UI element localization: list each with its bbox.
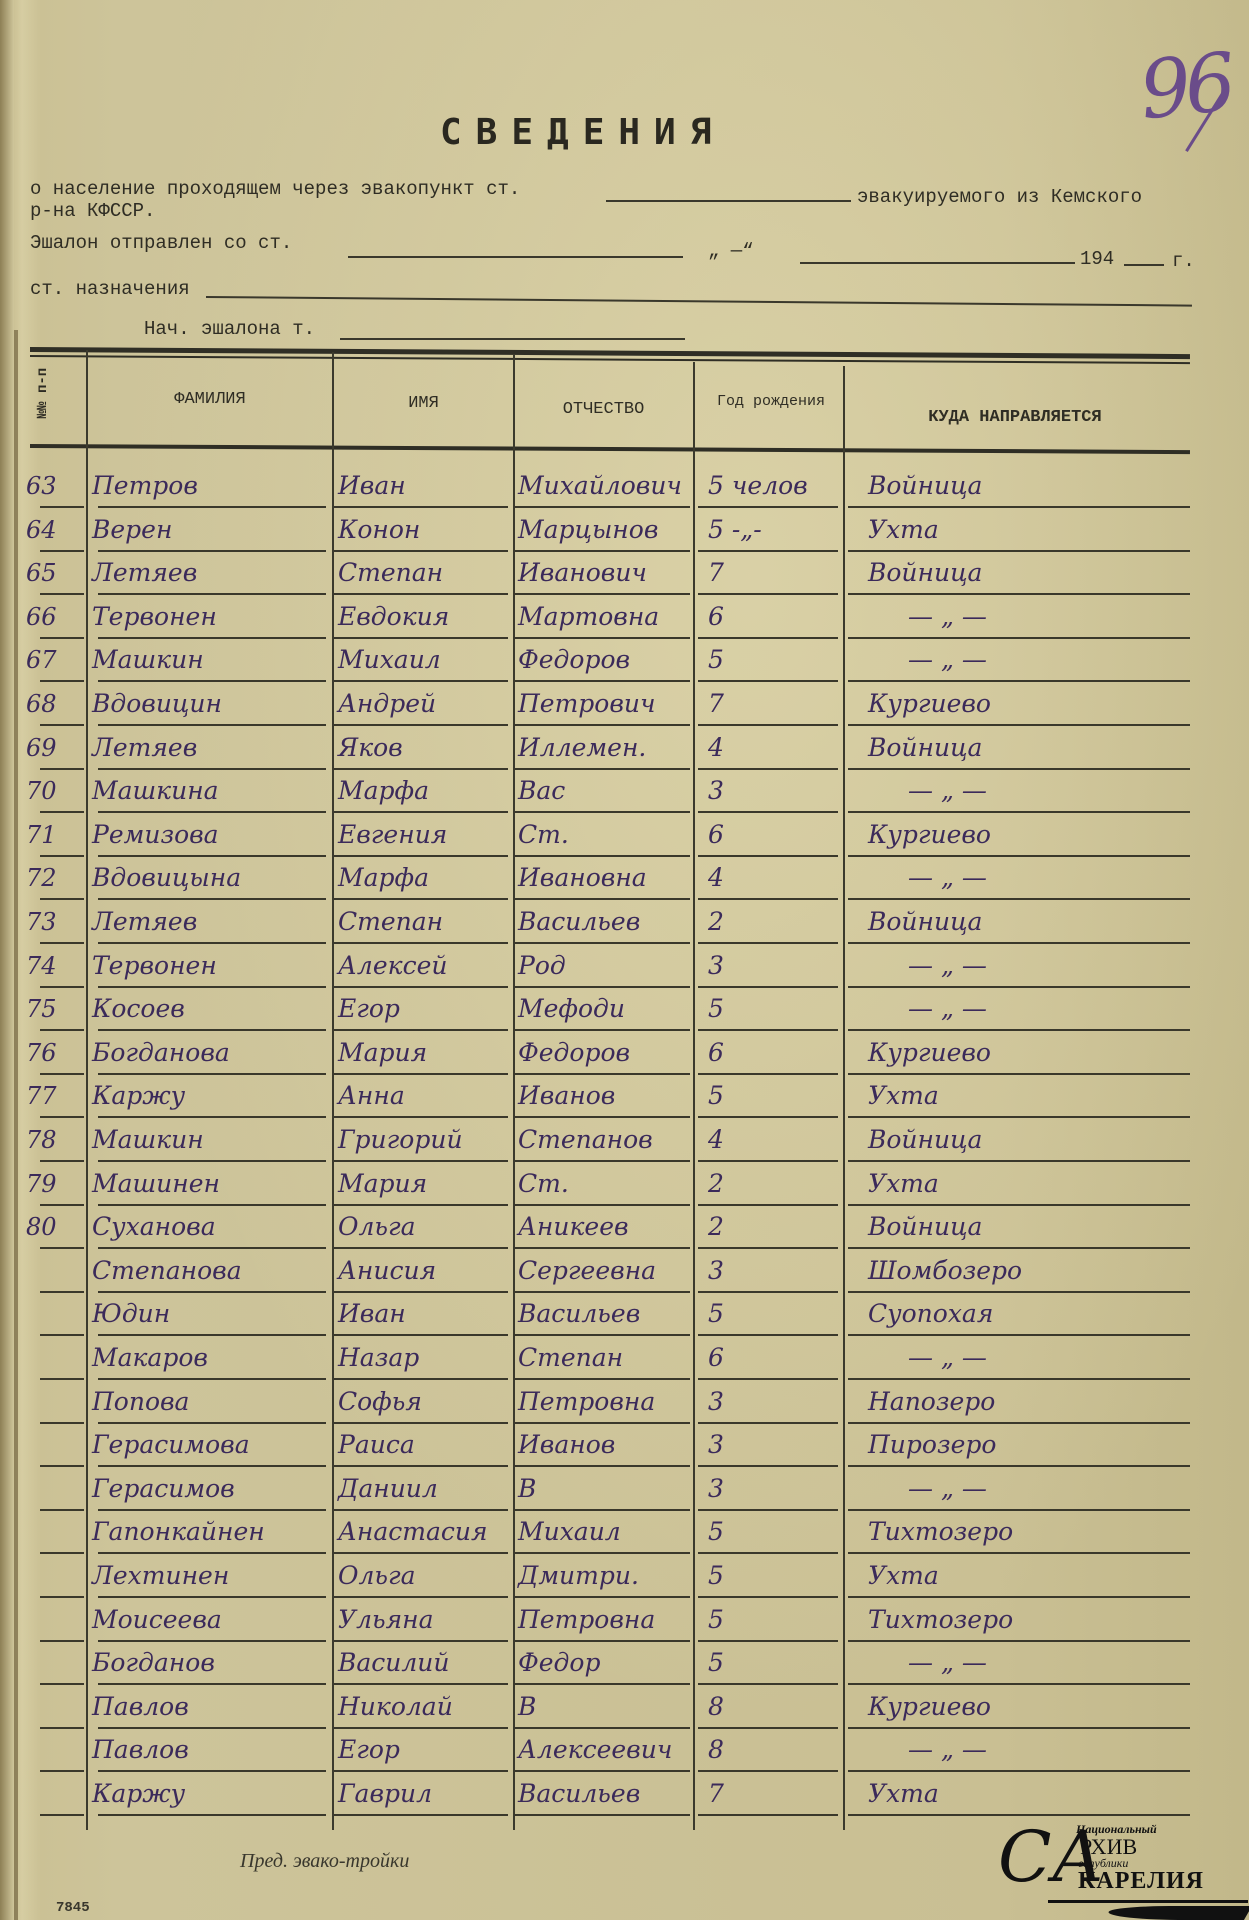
sent-from-blank — [348, 256, 683, 258]
row-number — [26, 1294, 84, 1338]
destination-cell: — „ — — [868, 640, 1228, 684]
row-number — [26, 1512, 84, 1556]
station-blank — [606, 200, 851, 202]
birth-year-cell: 3 — [700, 1251, 848, 1295]
patronymic-cell: Мефоди — [518, 989, 690, 1033]
feather-quill-icon — [1104, 1906, 1249, 1920]
surname-cell: Попова — [92, 1382, 328, 1426]
name-cell: Конон — [338, 510, 510, 554]
surname-cell: Косоев — [92, 989, 328, 1033]
table-row: ЛехтиненОльгаДмитри.5Ухта — [0, 1556, 1249, 1600]
signature-label: Пред. эвако-тройки — [240, 1850, 409, 1873]
destination-cell: Тихтозеро — [868, 1512, 1188, 1556]
patronymic-cell: Михаил — [518, 1512, 690, 1556]
destination-cell: Войница — [868, 553, 1188, 597]
birth-year-cell: 5 -„- — [700, 510, 848, 554]
patronymic-cell: В — [518, 1687, 690, 1731]
row-number — [26, 1730, 84, 1774]
table-row: 63ПетровИванМихайлович5 человВойница — [0, 466, 1249, 510]
destination-cell: — „ — — [868, 946, 1228, 990]
surname-cell: Машинен — [92, 1164, 328, 1208]
birth-year-cell: 4 — [700, 1120, 848, 1164]
name-cell: Ольга — [338, 1207, 510, 1251]
table-row: КаржуГаврилВасильев7Ухта — [0, 1774, 1249, 1818]
row-number: 73 — [26, 902, 84, 946]
birth-year-cell: 3 — [700, 1425, 848, 1469]
patronymic-cell: Петровна — [518, 1382, 690, 1426]
row-number: 76 — [26, 1033, 84, 1077]
patronymic-cell: Алексеевич — [518, 1730, 690, 1774]
patronymic-cell: Иванович — [518, 553, 690, 597]
row-number: 67 — [26, 640, 84, 684]
patronymic-cell: Иванов — [518, 1076, 690, 1120]
name-cell: Егор — [338, 1730, 510, 1774]
row-number — [26, 1687, 84, 1731]
table-row: 72ВдовицынаМарфаИвановна4— „ — — [0, 858, 1249, 902]
row-number: 63 — [26, 466, 84, 510]
destination-cell: Ухта — [868, 510, 1188, 554]
row-number — [26, 1600, 84, 1644]
patronymic-cell: Иванов — [518, 1425, 690, 1469]
table-row: ГапонкайненАнастасияМихаил5Тихтозеро — [0, 1512, 1249, 1556]
name-cell: Егор — [338, 989, 510, 1033]
row-number: 74 — [26, 946, 84, 990]
table-row: МоисееваУльянаПетровна5Тихтозеро — [0, 1600, 1249, 1644]
patronymic-cell: Федоров — [518, 1033, 690, 1077]
chief-blank — [340, 338, 685, 340]
birth-year-cell: 6 — [700, 597, 848, 641]
row-number — [26, 1556, 84, 1600]
destination-cell: Кургиево — [868, 1687, 1188, 1731]
patronymic-cell: Петрович — [518, 684, 690, 728]
folio-number: 96 — [1135, 36, 1234, 138]
feather-icon — [1048, 1900, 1248, 1903]
name-cell: Степан — [338, 902, 510, 946]
patronymic-cell: Степанов — [518, 1120, 690, 1164]
name-cell: Марфа — [338, 771, 510, 815]
header-destination: КУДА НАПРАВЛЯЕТСЯ — [850, 408, 1180, 427]
name-cell: Евдокия — [338, 597, 510, 641]
name-cell: Ульяна — [338, 1600, 510, 1644]
table-row: 71РемизоваЕвгенияСт.6Кургиево — [0, 815, 1249, 859]
birth-year-cell: 2 — [700, 902, 848, 946]
table-row: МакаровНазарСтепан6— „ — — [0, 1338, 1249, 1382]
surname-cell: Лехтинен — [92, 1556, 328, 1600]
birth-year-cell: 7 — [700, 553, 848, 597]
patronymic-cell: Степан — [518, 1338, 690, 1382]
table-row: ЮдинИванВасильев5Суопохая — [0, 1294, 1249, 1338]
document-page: 96 СВЕДЕНИЯ о население проходящем через… — [0, 0, 1249, 1920]
name-cell: Гаврил — [338, 1774, 510, 1818]
table-row: 77КаржуАннаИванов5Ухта — [0, 1076, 1249, 1120]
name-cell: Андрей — [338, 684, 510, 728]
surname-cell: Каржу — [92, 1774, 328, 1818]
subtitle-line2: р-на КФССР. — [30, 200, 155, 222]
header-num: №№ п-п — [30, 350, 90, 440]
patronymic-cell: Иллемен. — [518, 728, 690, 772]
destination-label: ст. назначения — [30, 278, 190, 300]
table-row: 65ЛетяевСтепанИванович7Войница — [0, 553, 1249, 597]
surname-cell: Богданова — [92, 1033, 328, 1077]
table-row: 64ВеренКононМарцынов5 -„-Ухта — [0, 510, 1249, 554]
name-cell: Анисия — [338, 1251, 510, 1295]
destination-cell: Кургиево — [868, 815, 1188, 859]
row-number: 78 — [26, 1120, 84, 1164]
birth-year-cell: 5 челов — [700, 466, 848, 510]
name-cell: Иван — [338, 466, 510, 510]
birth-year-cell: 2 — [700, 1207, 848, 1251]
table-row: 70МашкинаМарфаВас3— „ — — [0, 771, 1249, 815]
date-quote: „ —“ — [708, 240, 754, 262]
patronymic-cell: Петровна — [518, 1600, 690, 1644]
row-number — [26, 1382, 84, 1426]
name-cell: Софья — [338, 1382, 510, 1426]
header-patronymic: ОТЧЕСТВО — [516, 400, 691, 419]
surname-cell: Герасимова — [92, 1425, 328, 1469]
destination-cell: Войница — [868, 1120, 1188, 1164]
surname-cell: Герасимов — [92, 1469, 328, 1513]
surname-cell: Тервонен — [92, 946, 328, 990]
table-row: 69ЛетяевЯковИллемен.4Войница — [0, 728, 1249, 772]
row-number: 64 — [26, 510, 84, 554]
chief-label: Нач. эшалона т. — [144, 318, 315, 340]
table-row: 73ЛетяевСтепанВасильев2Войница — [0, 902, 1249, 946]
name-cell: Анастасия — [338, 1512, 510, 1556]
header-bottom-rule — [30, 444, 1190, 454]
destination-cell: — „ — — [868, 597, 1228, 641]
row-number: 77 — [26, 1076, 84, 1120]
name-cell: Яков — [338, 728, 510, 772]
patronymic-cell: Марцынов — [518, 510, 690, 554]
destination-cell: — „ — — [868, 771, 1228, 815]
table-row: ПавловЕгорАлексеевич8— „ — — [0, 1730, 1249, 1774]
row-number: 70 — [26, 771, 84, 815]
table-row: 67МашкинМихаилФедоров5— „ — — [0, 640, 1249, 684]
destination-cell: Кургиево — [868, 684, 1188, 728]
table-row: ПавловНиколайВ8Кургиево — [0, 1687, 1249, 1731]
surname-cell: Макаров — [92, 1338, 328, 1382]
destination-cell: Войница — [868, 466, 1188, 510]
patronymic-cell: Сергеевна — [518, 1251, 690, 1295]
birth-year-cell: 5 — [700, 989, 848, 1033]
destination-cell: Войница — [868, 1207, 1188, 1251]
birth-year-cell: 5 — [700, 1294, 848, 1338]
birth-year-cell: 3 — [700, 771, 848, 815]
birth-year-cell: 5 — [700, 1512, 848, 1556]
name-cell: Ольга — [338, 1556, 510, 1600]
table-row: 80СухановаОльгаАникеев2Войница — [0, 1207, 1249, 1251]
archive-watermark-logo: СА Национальный РХИВ еспублики КАРЕЛИЯ — [998, 1820, 1248, 1920]
surname-cell: Каржу — [92, 1076, 328, 1120]
date-blank — [800, 262, 1075, 264]
document-title: СВЕДЕНИЯ — [440, 112, 725, 153]
surname-cell: Вдовицына — [92, 858, 328, 902]
destination-cell: Ухта — [868, 1556, 1188, 1600]
name-cell: Алексей — [338, 946, 510, 990]
name-cell: Василий — [338, 1643, 510, 1687]
birth-year-cell: 3 — [700, 946, 848, 990]
surname-cell: Гапонкайнен — [92, 1512, 328, 1556]
destination-cell: Суопохая — [868, 1294, 1188, 1338]
patronymic-cell: Федоров — [518, 640, 690, 684]
year-prefix: 194 — [1080, 248, 1114, 270]
destination-blank — [206, 296, 1192, 307]
destination-cell: Напозеро — [868, 1382, 1188, 1426]
table-row: ПоповаСофьяПетровна3Напозеро — [0, 1382, 1249, 1426]
birth-year-cell: 5 — [700, 1600, 848, 1644]
birth-year-cell: 7 — [700, 1774, 848, 1818]
row-number: 80 — [26, 1207, 84, 1251]
surname-cell: Летяев — [92, 728, 328, 772]
year-suffix: г. — [1172, 250, 1195, 272]
table-row: 79МашиненМарияСт.2Ухта — [0, 1164, 1249, 1208]
destination-cell: Ухта — [868, 1774, 1188, 1818]
patronymic-cell: Михайлович — [518, 466, 690, 510]
surname-cell: Верен — [92, 510, 328, 554]
sent-from-label: Эшалон отправлен со ст. — [30, 232, 292, 254]
name-cell: Мария — [338, 1164, 510, 1208]
surname-cell: Павлов — [92, 1687, 328, 1731]
header-birth-year: Год рождения — [706, 392, 836, 412]
destination-cell: — „ — — [868, 1469, 1228, 1513]
name-cell: Марфа — [338, 858, 510, 902]
table-row: 74ТервоненАлексейРод3— „ — — [0, 946, 1249, 990]
patronymic-cell: В — [518, 1469, 690, 1513]
destination-cell: — „ — — [868, 1643, 1228, 1687]
header-surname: ФАМИЛИЯ — [90, 390, 330, 409]
birth-year-cell: 2 — [700, 1164, 848, 1208]
name-cell: Евгения — [338, 815, 510, 859]
name-cell: Раиса — [338, 1425, 510, 1469]
destination-cell: Ухта — [868, 1076, 1188, 1120]
row-number — [26, 1469, 84, 1513]
surname-cell: Тервонен — [92, 597, 328, 641]
destination-cell: Пирозеро — [868, 1425, 1188, 1469]
row-number: 65 — [26, 553, 84, 597]
surname-cell: Петров — [92, 466, 328, 510]
table-row: 75КосоевЕгорМефоди5— „ — — [0, 989, 1249, 1033]
surname-cell: Вдовицин — [92, 684, 328, 728]
patronymic-cell: Васильев — [518, 1774, 690, 1818]
table-row: ГерасимоваРаисаИванов3Пирозеро — [0, 1425, 1249, 1469]
row-number: 72 — [26, 858, 84, 902]
destination-cell: Шомбозеро — [868, 1251, 1188, 1295]
patronymic-cell: Род — [518, 946, 690, 990]
patronymic-cell: Ст. — [518, 815, 690, 859]
patronymic-cell: Вас — [518, 771, 690, 815]
surname-cell: Богданов — [92, 1643, 328, 1687]
patronymic-cell: Ивановна — [518, 858, 690, 902]
subtitle-line1-right: эвакуируемого из Кемского — [857, 186, 1142, 208]
year-blank — [1124, 264, 1164, 266]
logo-line4: КАРЕЛИЯ — [1078, 1868, 1204, 1895]
birth-year-cell: 6 — [700, 815, 848, 859]
destination-cell: — „ — — [868, 1338, 1228, 1382]
destination-cell: Ухта — [868, 1164, 1188, 1208]
row-number — [26, 1774, 84, 1818]
birth-year-cell: 7 — [700, 684, 848, 728]
birth-year-cell: 3 — [700, 1469, 848, 1513]
row-number: 66 — [26, 597, 84, 641]
destination-cell: — „ — — [868, 858, 1228, 902]
name-cell: Анна — [338, 1076, 510, 1120]
row-number — [26, 1425, 84, 1469]
name-cell: Григорий — [338, 1120, 510, 1164]
birth-year-cell: 5 — [700, 640, 848, 684]
table-row: 78МашкинГригорийСтепанов4Войница — [0, 1120, 1249, 1164]
table-row: СтепановаАнисияСергеевна3Шомбозеро — [0, 1251, 1249, 1295]
birth-year-cell: 4 — [700, 858, 848, 902]
surname-cell: Моисеева — [92, 1600, 328, 1644]
row-number: 68 — [26, 684, 84, 728]
birth-year-cell: 8 — [700, 1687, 848, 1731]
row-number: 71 — [26, 815, 84, 859]
birth-year-cell: 5 — [700, 1643, 848, 1687]
patronymic-cell: Васильев — [518, 1294, 690, 1338]
name-cell: Назар — [338, 1338, 510, 1382]
birth-year-cell: 6 — [700, 1338, 848, 1382]
name-cell: Николай — [338, 1687, 510, 1731]
birth-year-cell: 5 — [700, 1076, 848, 1120]
birth-year-cell: 6 — [700, 1033, 848, 1077]
surname-cell: Машкин — [92, 640, 328, 684]
destination-cell: Войница — [868, 902, 1188, 946]
destination-cell: Войница — [868, 728, 1188, 772]
surname-cell: Степанова — [92, 1251, 328, 1295]
surname-cell: Машкина — [92, 771, 328, 815]
surname-cell: Суханова — [92, 1207, 328, 1251]
patronymic-cell: Ст. — [518, 1164, 690, 1208]
surname-cell: Павлов — [92, 1730, 328, 1774]
table-row: 76БогдановаМарияФедоров6Кургиево — [0, 1033, 1249, 1077]
name-cell: Даниил — [338, 1469, 510, 1513]
name-cell: Мария — [338, 1033, 510, 1077]
table-row: 68ВдовицинАндрейПетрович7Кургиево — [0, 684, 1249, 728]
surname-cell: Летяев — [92, 553, 328, 597]
patronymic-cell: Дмитри. — [518, 1556, 690, 1600]
surname-cell: Машкин — [92, 1120, 328, 1164]
surname-cell: Летяев — [92, 902, 328, 946]
surname-cell: Юдин — [92, 1294, 328, 1338]
row-number — [26, 1251, 84, 1295]
birth-year-cell: 8 — [700, 1730, 848, 1774]
patronymic-cell: Федор — [518, 1643, 690, 1687]
row-number: 75 — [26, 989, 84, 1033]
birth-year-cell: 4 — [700, 728, 848, 772]
patronymic-cell: Мартовна — [518, 597, 690, 641]
row-number — [26, 1643, 84, 1687]
patronymic-cell: Васильев — [518, 902, 690, 946]
destination-cell: — „ — — [868, 989, 1228, 1033]
print-code: 7845 — [56, 1900, 90, 1916]
table-row: БогдановВасилийФедор5— „ — — [0, 1643, 1249, 1687]
patronymic-cell: Аникеев — [518, 1207, 690, 1251]
header-name: ИМЯ — [336, 394, 511, 413]
destination-cell: Кургиево — [868, 1033, 1188, 1077]
row-number: 69 — [26, 728, 84, 772]
row-number — [26, 1338, 84, 1382]
name-cell: Иван — [338, 1294, 510, 1338]
name-cell: Михаил — [338, 640, 510, 684]
table-row: ГерасимовДаниилВ3— „ — — [0, 1469, 1249, 1513]
birth-year-cell: 3 — [700, 1382, 848, 1426]
surname-cell: Ремизова — [92, 815, 328, 859]
subtitle-line1-left: о население проходящем через эвакопункт … — [30, 178, 520, 200]
row-number: 79 — [26, 1164, 84, 1208]
destination-cell: Тихтозеро — [868, 1600, 1188, 1644]
destination-cell: — „ — — [868, 1730, 1228, 1774]
name-cell: Степан — [338, 553, 510, 597]
birth-year-cell: 5 — [700, 1556, 848, 1600]
table-row: 66ТервоненЕвдокияМартовна6— „ — — [0, 597, 1249, 641]
